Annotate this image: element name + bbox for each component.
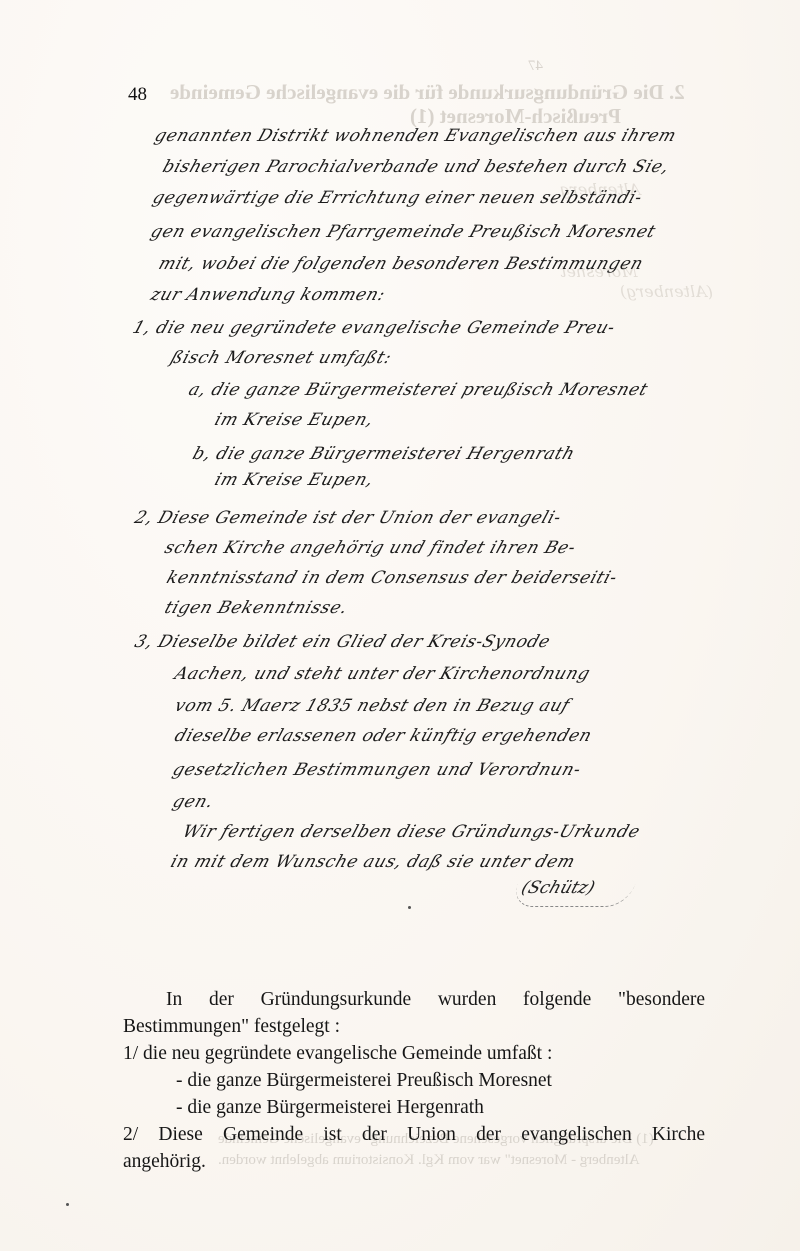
handwritten-manuscript: genannten Distrikt wohnenden Evangelisch… — [0, 0, 800, 960]
intro-line-2: Bestimmungen" festgelegt : — [123, 1013, 705, 1040]
list-item-1: 1/ die neu gegründete evangelische Gemei… — [123, 1040, 705, 1067]
manuscript-line: a, die ganze Bürgermeisterei preußisch M… — [186, 380, 651, 400]
manuscript-line: gegenwärtige die Errichtung einer neuen … — [150, 188, 645, 208]
intro-line-1: In der Gründungsurkunde wurden folgende … — [123, 986, 705, 1013]
manuscript-line: bisherigen Parochialverbande und bestehe… — [160, 157, 672, 177]
manuscript-line: in mit dem Wunsche aus, daß sie unter de… — [168, 852, 578, 872]
list-item-1-sub-2: - die ganze Bürgermeisterei Hergenrath — [123, 1094, 705, 1121]
manuscript-line: Aachen, und steht unter der Kirchenordnu… — [172, 664, 593, 684]
manuscript-line: b, die ganze Bürgermeisterei Hergenrath — [190, 444, 578, 464]
manuscript-line: gen. — [170, 792, 216, 812]
stray-ink-mark — [408, 906, 411, 909]
manuscript-line: dieselbe erlassenen oder künftig ergehen… — [172, 726, 595, 746]
manuscript-line: schen Kirche angehörig und findet ihren … — [162, 538, 578, 558]
list-item-2-line-1: 2/ Diese Gemeinde ist der Union der evan… — [123, 1121, 705, 1148]
manuscript-line: genannten Distrikt wohnenden Evangelisch… — [152, 126, 679, 146]
manuscript-line: zur Anwendung kommen: — [148, 285, 388, 305]
manuscript-line: im Kreise Eupen, — [212, 410, 376, 430]
manuscript-line: gen evangelischen Pfarrgemeinde Preußisc… — [148, 222, 658, 242]
manuscript-line: kenntnisstand in dem Consensus der beide… — [164, 568, 620, 588]
list-item-1-sub-1: - die ganze Bürgermeisterei Preußisch Mo… — [123, 1067, 705, 1094]
manuscript-line: gesetzlichen Bestimmungen und Verordnun- — [170, 760, 584, 780]
manuscript-line: 3, Dieselbe bildet ein Glied der Kreis-S… — [132, 632, 553, 652]
manuscript-line: Wir fertigen derselben diese Gründungs-U… — [180, 822, 643, 842]
list-item-2-line-2: angehörig. — [123, 1148, 705, 1175]
manuscript-line: tigen Bekenntnisse. — [162, 598, 350, 618]
manuscript-line: 2, Diese Gemeinde ist der Union der evan… — [132, 508, 564, 528]
stray-ink-mark — [66, 1203, 69, 1206]
printed-text-block: In der Gründungsurkunde wurden folgende … — [123, 986, 705, 1175]
manuscript-line: im Kreise Eupen, — [212, 470, 376, 490]
manuscript-line: ßisch Moresnet umfaßt: — [168, 348, 394, 368]
manuscript-line: mit, wobei die folgenden besonderen Best… — [156, 254, 646, 274]
scanned-book-page: 47 2. Die Gründungsurkunde für die evang… — [0, 0, 800, 1251]
signature: (Schütz) — [519, 878, 598, 898]
manuscript-line: vom 5. Maerz 1835 nebst den in Bezug auf — [172, 696, 572, 716]
manuscript-line: 1, die neu gegründete evangelische Gemei… — [130, 318, 618, 338]
